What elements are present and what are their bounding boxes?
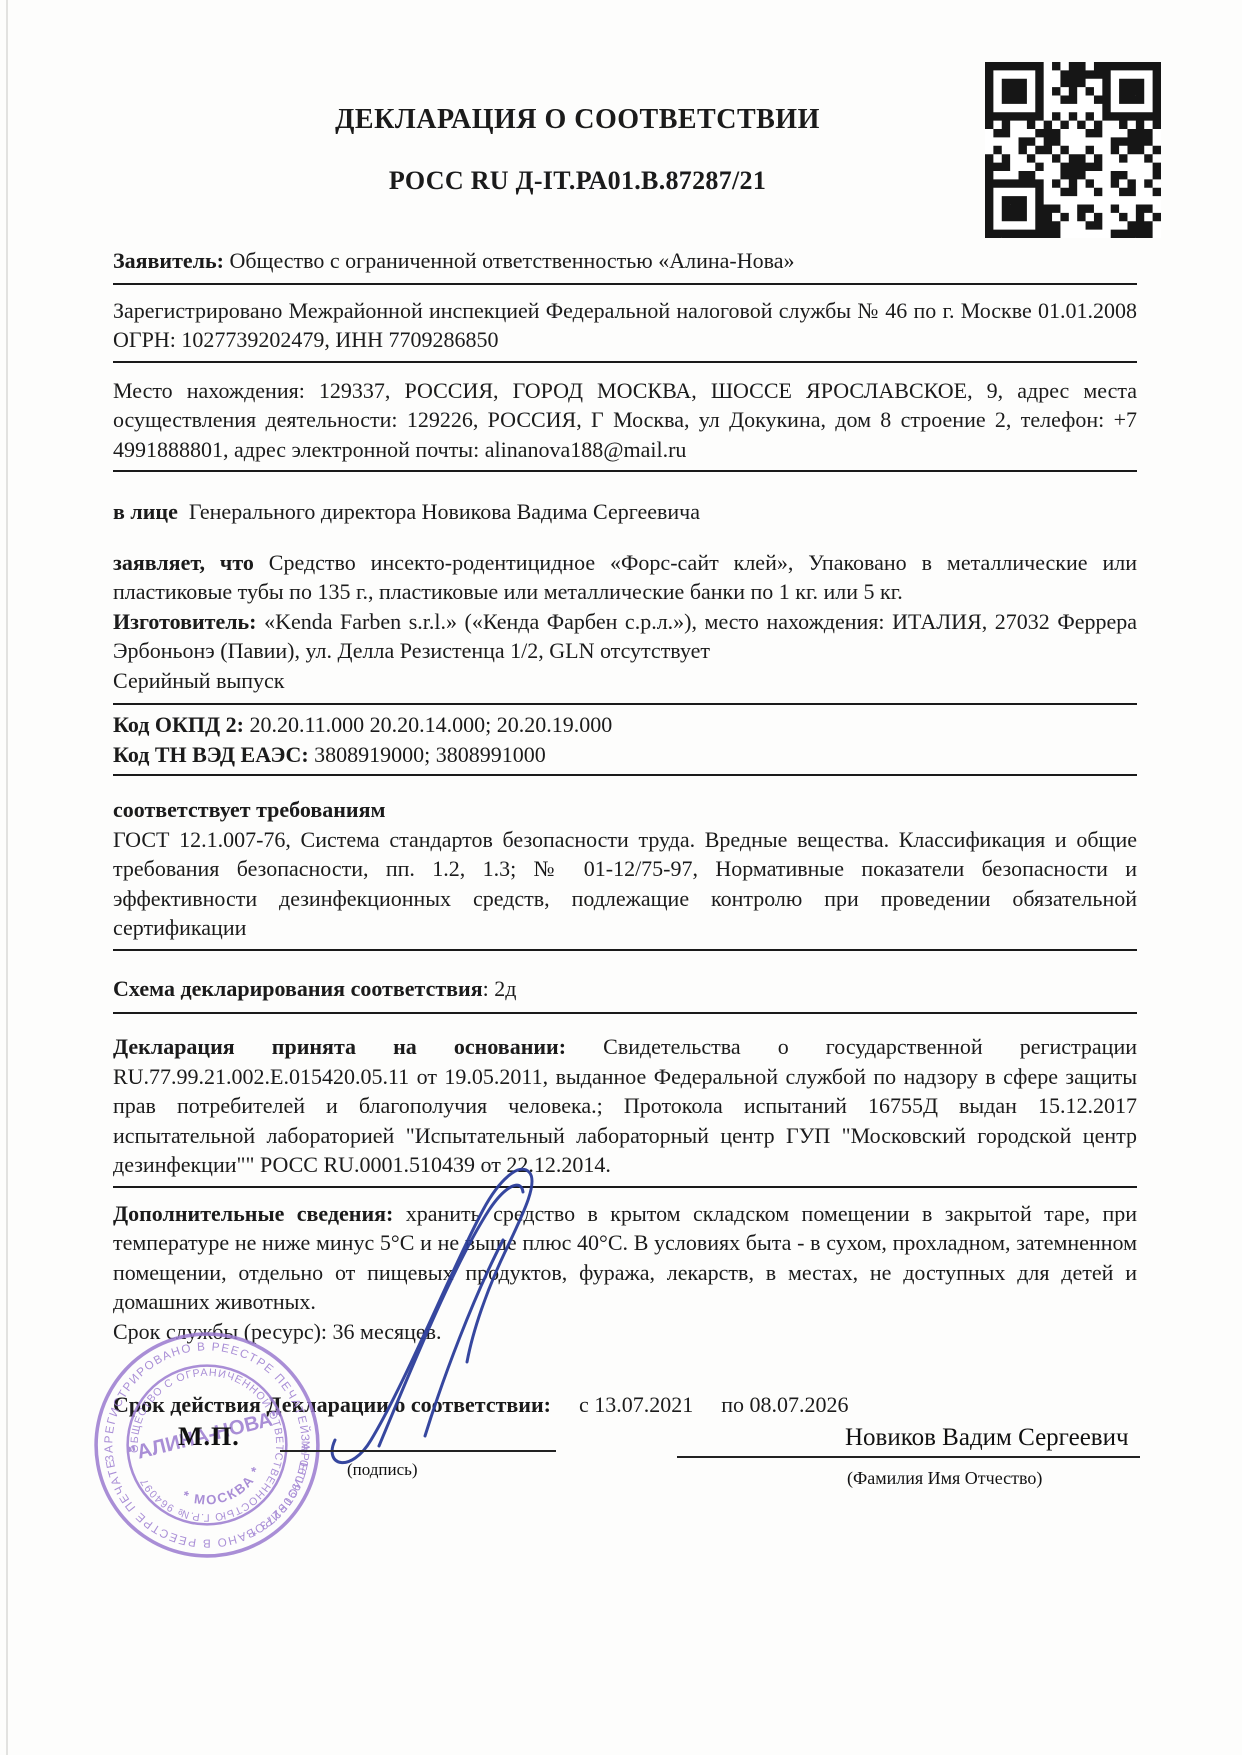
section-basis: Декларация принята на основании: Свидете…: [113, 1032, 1137, 1188]
applicant-label: Заявитель:: [113, 248, 224, 273]
product-declaration: заявляет, что Средство инсекто-родентици…: [113, 548, 1137, 607]
registration-number: РОСС RU Д-IT.РА01.В.87287/21: [113, 166, 1042, 196]
scheme-label: Схема декларирования соответствия: [113, 976, 483, 1001]
section-applicant: Заявитель: Общество с ограниченной ответ…: [113, 246, 1137, 285]
address-text: Место нахождения: 129337, РОССИЯ, ГОРОД …: [113, 376, 1137, 465]
tnved-line: Код ТН ВЭД ЕАЭС: 3808919000; 3808991000: [113, 740, 1137, 770]
signatory-name: Новиков Вадим Сергеевич: [845, 1424, 1129, 1452]
declaration-document: ДЕКЛАРАЦИЯ О СООТВЕТСТВИИ РОСС RU Д-IT.Р…: [0, 0, 1242, 1755]
requirements-text: ГОСТ 12.1.007-76, Система стандартов без…: [113, 825, 1137, 943]
manufacturer-line: Изготовитель: «Kenda Farben s.r.l.» («Ке…: [113, 607, 1137, 666]
basis-label: Декларация принята на основании:: [113, 1034, 566, 1059]
serial-issue-text: Серийный выпуск: [113, 666, 1137, 696]
name-caption: (Фамилия Имя Отчество): [847, 1468, 1042, 1489]
validity-to-date: по 08.07.2026: [721, 1392, 848, 1417]
tnved-label: Код ТН ВЭД ЕАЭС:: [113, 742, 309, 767]
document-header: ДЕКЛАРАЦИЯ О СООТВЕТСТВИИ РОСС RU Д-IT.Р…: [113, 0, 1137, 196]
name-line: [677, 1456, 1140, 1458]
section-requirements: соответствует требованиям ГОСТ 12.1.007-…: [113, 795, 1137, 951]
manufacturer-text: «Kenda Farben s.r.l.» («Кенда Фарбен с.р…: [113, 609, 1137, 664]
scheme-value: : 2д: [483, 976, 517, 1001]
product-text: Средство инсекто-родентицидное «Форс-сай…: [113, 550, 1137, 605]
page-title: ДЕКЛАРАЦИЯ О СООТВЕТСТВИИ: [113, 104, 1042, 136]
scan-edge-artifact: [6, 0, 8, 1755]
section-address: Место нахождения: 129337, РОССИЯ, ГОРОД …: [113, 376, 1137, 473]
registration-info-text: Зарегистрировано Межрайонной инспекцией …: [113, 296, 1137, 355]
handwritten-signature: [283, 1148, 603, 1468]
tnved-value: 3808919000; 3808991000: [314, 742, 546, 767]
okpd-label: Код ОКПД 2:: [113, 712, 244, 737]
okpd-line: Код ОКПД 2: 20.20.11.000 20.20.14.000; 2…: [113, 710, 1137, 740]
stamp-place-label: М.П.: [178, 1422, 240, 1452]
section-product: заявляет, что Средство инсекто-родентици…: [113, 548, 1137, 706]
signature-line: [280, 1450, 556, 1452]
section-scheme: Схема декларирования соответствия: 2д: [113, 974, 1137, 1015]
in-person-label: в лице: [113, 499, 178, 524]
okpd-value: 20.20.11.000 20.20.14.000; 20.20.19.000: [250, 712, 613, 737]
declares-label: заявляет, что: [113, 550, 254, 575]
in-person-value: Генерального директора Новикова Вадима С…: [189, 499, 700, 524]
requirements-heading: соответствует требованиям: [113, 797, 385, 822]
section-codes: Код ОКПД 2: 20.20.11.000 20.20.14.000; 2…: [113, 710, 1137, 776]
manufacturer-label: Изготовитель:: [113, 609, 257, 634]
signature-caption: (подпись): [347, 1460, 418, 1480]
section-additional-info: Дополнительные сведения: хранить средств…: [113, 1199, 1137, 1347]
applicant-value: Общество с ограниченной ответственностью…: [229, 248, 794, 273]
section-in-person: в лице Генерального директора Новикова В…: [113, 497, 1137, 527]
section-registration-info: Зарегистрировано Межрайонной инспекцией …: [113, 296, 1137, 363]
